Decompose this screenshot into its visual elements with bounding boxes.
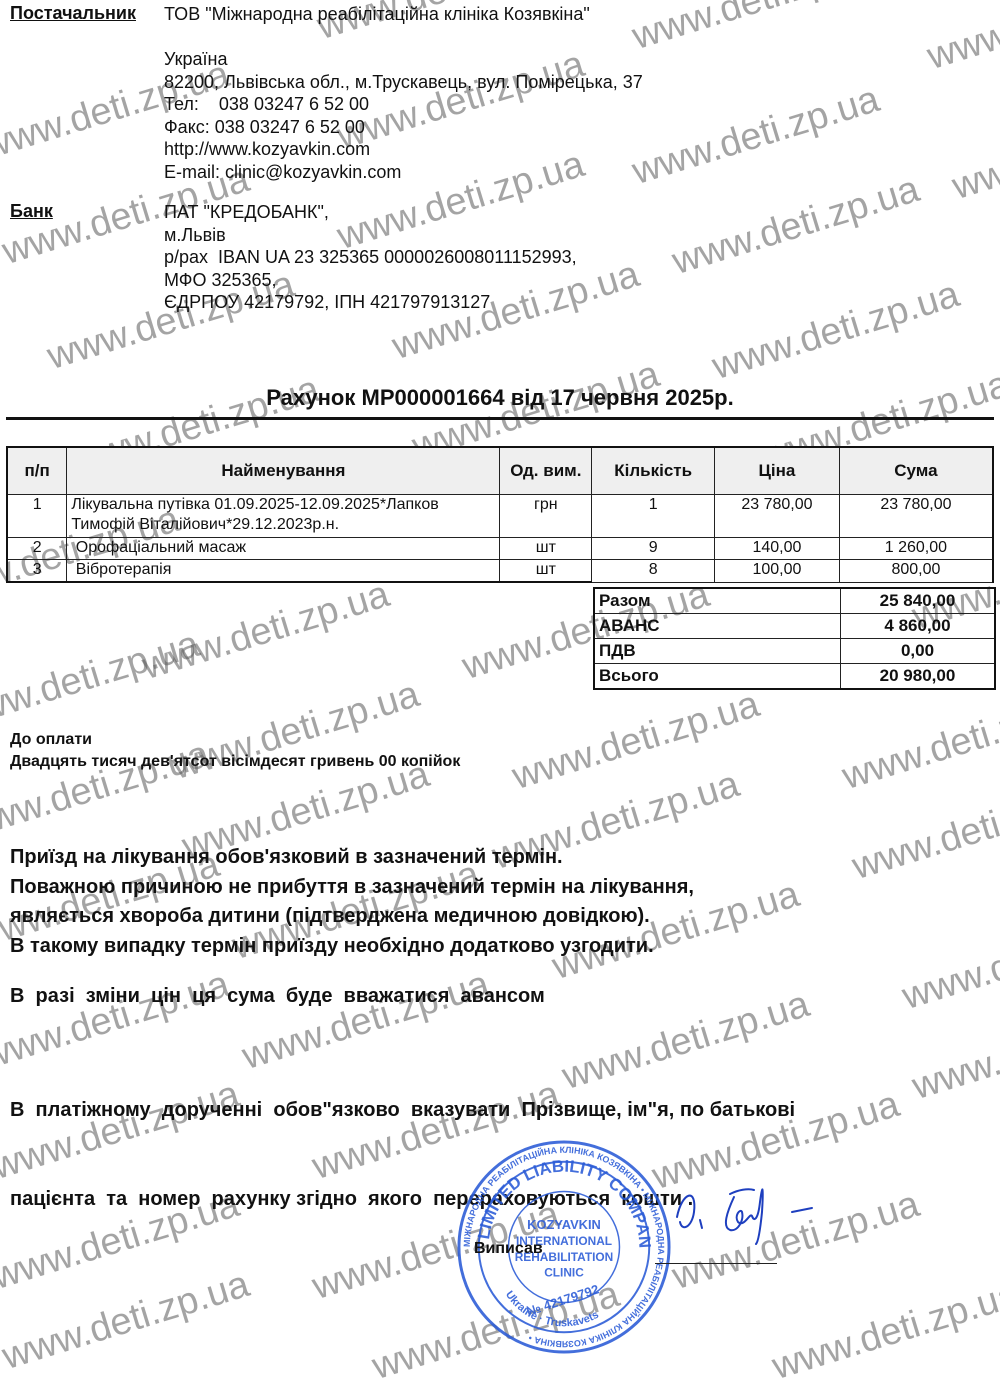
watermark-text: www.deti.zp.ua — [627, 78, 884, 194]
table-row: 3 Вібротерапія шт 8 100,00 800,00 — [7, 560, 993, 583]
bank-name: ПАТ "КРЕДОБАНК", — [164, 201, 577, 224]
total-row-subtotal: Разом 25 840,00 — [594, 588, 995, 614]
bank-city: м.Львів — [164, 224, 577, 247]
watermark-text: www.deti.zp.ua — [897, 903, 1000, 1019]
row-price: 100,00 — [715, 560, 840, 583]
watermark-text: www.deti.zp.ua — [627, 0, 884, 59]
items-table: п/п Найменування Од. вим. Кількість Ціна… — [6, 446, 994, 583]
total-label: ПДВ — [594, 639, 841, 664]
watermark-text: www.deti.zp.ua — [767, 1273, 1000, 1382]
bank-label: Банк — [10, 201, 53, 222]
supplier-name: ТОВ "Міжнародна реабілітаційна клініка К… — [164, 3, 643, 26]
watermark-text: www.deti.zp.ua — [847, 773, 1000, 889]
supplier-label: Постачальник — [10, 3, 136, 24]
total-value: 0,00 — [841, 639, 996, 664]
total-value: 20 980,00 — [841, 664, 996, 690]
header-quantity: Кількість — [592, 447, 715, 495]
total-row-grand-total: Всього 20 980,00 — [594, 664, 995, 690]
issued-by-label: Виписав — [474, 1240, 543, 1258]
watermark-text: www.deti.zp.ua — [947, 93, 1000, 209]
row-price: 23 780,00 — [715, 495, 840, 538]
table-header-row: п/п Найменування Од. вим. Кількість Ціна… — [7, 447, 993, 495]
arrival-notes: Приїзд на лікування обов'язковий в зазна… — [10, 843, 694, 961]
totals-table: Разом 25 840,00 АВАНС 4 860,00 ПДВ 0,00 … — [593, 587, 996, 690]
title-divider — [6, 417, 994, 420]
row-name: Орофаціальний масаж — [67, 538, 500, 560]
bank-block: ПАТ "КРЕДОБАНК", м.Львів р/рах IBAN UA 2… — [164, 201, 577, 314]
payment-label: До оплати — [10, 729, 460, 751]
signature-line — [655, 1263, 777, 1264]
payment-amount-words: Двадцять тисяч дев'ятсот вісімдесят грив… — [10, 751, 460, 773]
total-label: Разом — [594, 588, 841, 614]
total-value: 25 840,00 — [841, 588, 996, 614]
bank-codes: ЄДРПОУ 42179792, ІПН 421797913127 — [164, 291, 577, 314]
row-quantity: 9 — [592, 538, 715, 560]
watermark-text: www.deti.zp.ua — [907, 993, 1000, 1109]
row-sum: 23 780,00 — [839, 495, 993, 538]
row-name: Вібротерапія — [67, 560, 500, 583]
total-row-vat: ПДВ 0,00 — [594, 639, 995, 664]
watermark-text: www.deti.zp.ua — [922, 0, 1000, 79]
supplier-fax: Факс: 038 03247 6 52 00 — [164, 116, 643, 139]
watermark-text: www.deti.zp.ua — [0, 623, 204, 739]
svg-text:CLINIC: CLINIC — [544, 1266, 584, 1280]
row-quantity: 8 — [592, 560, 715, 583]
note-line: Приїзд на лікування обов'язковий в зазна… — [10, 843, 694, 873]
note-line: Поважною причиною не прибуття в зазначен… — [10, 873, 694, 903]
header-number: п/п — [7, 447, 67, 495]
note-line: В такому випадку термін приїзду необхідн… — [10, 932, 694, 962]
watermark-text: www.deti.zp.ua — [837, 683, 1000, 799]
bank-mfo: МФО 325365, — [164, 269, 577, 292]
row-quantity: 1 — [592, 495, 715, 538]
supplier-phone: Тел: 038 03247 6 52 00 — [164, 93, 643, 116]
supplier-email[interactable]: E-mail: clinic@kozyavkin.com — [164, 161, 643, 184]
watermark-text: www.deti.zp.ua — [507, 683, 764, 799]
note-line: В платіжному дорученні обов"язково вказу… — [10, 1096, 795, 1126]
supplier-country: Україна — [164, 48, 643, 71]
table-row: 2 Орофаціальний масаж шт 9 140,00 1 260,… — [7, 538, 993, 560]
row-unit: шт — [500, 538, 592, 560]
price-change-note: В разі зміни цін ця сума буде вважатися … — [10, 982, 545, 1012]
row-number: 3 — [7, 560, 67, 583]
header-name: Найменування — [67, 447, 500, 495]
row-sum: 1 260,00 — [839, 538, 993, 560]
supplier-address: 82200, Львівська обл., м.Трускавець, вул… — [164, 71, 643, 94]
table-row: 1 Лікувальна путівка 01.09.2025-12.09.20… — [7, 495, 993, 538]
watermark-text: www.deti.zp.ua — [0, 1263, 254, 1379]
total-label: АВАНС — [594, 614, 841, 639]
payment-block: До оплати Двадцять тисяч дев'ятсот вісім… — [10, 729, 460, 773]
invoice-title: Рахунок МР000001664 від 17 червня 2025р. — [0, 385, 1000, 411]
watermark-text: www.deti.zp.ua — [137, 573, 394, 689]
header-unit: Од. вим. — [500, 447, 592, 495]
header-price: Ціна — [715, 447, 840, 495]
row-price: 140,00 — [715, 538, 840, 560]
note-line: являється хвороба дитини (підтверджена м… — [10, 902, 694, 932]
row-name: Лікувальна путівка 01.09.2025-12.09.2025… — [67, 495, 500, 538]
svg-text:KOZYAVKIN: KOZYAVKIN — [527, 1217, 601, 1232]
total-value: 4 860,00 — [841, 614, 996, 639]
total-label: Всього — [594, 664, 841, 690]
total-row-advance: АВАНС 4 860,00 — [594, 614, 995, 639]
row-number: 1 — [7, 495, 67, 538]
header-sum: Сума — [839, 447, 993, 495]
supplier-website[interactable]: http://www.kozyavkin.com — [164, 138, 643, 161]
signature-scribble — [672, 1172, 822, 1252]
row-unit: шт — [500, 560, 592, 583]
watermark-text: www.deti.zp.ua — [707, 273, 964, 389]
bank-account: р/рах IBAN UA 23 325365 0000026008011152… — [164, 246, 577, 269]
row-number: 2 — [7, 538, 67, 560]
row-sum: 800,00 — [839, 560, 993, 583]
watermark-text: www.deti.zp.ua — [667, 168, 924, 284]
supplier-block: ТОВ "Міжнародна реабілітаційна клініка К… — [164, 3, 643, 183]
row-unit: грн — [500, 495, 592, 538]
